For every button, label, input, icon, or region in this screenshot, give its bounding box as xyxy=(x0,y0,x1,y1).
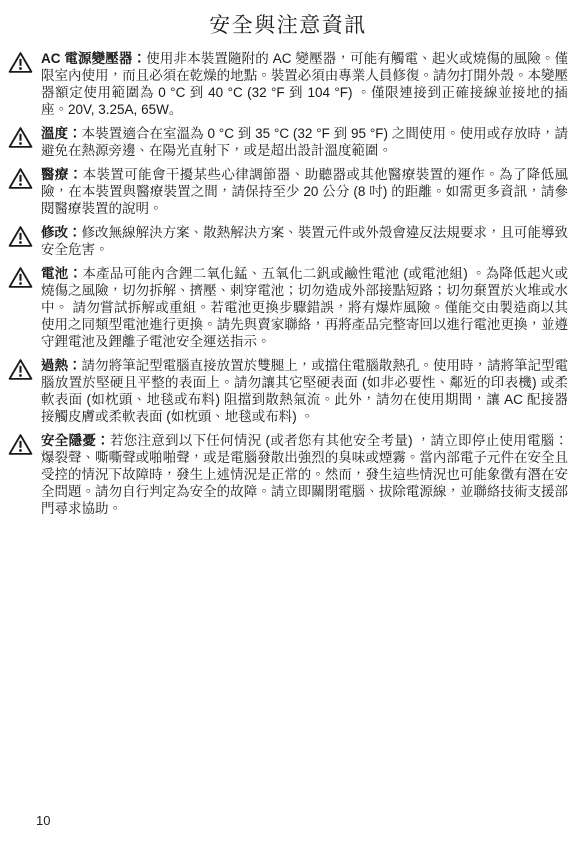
section-label: 安全隱憂： xyxy=(41,433,110,448)
section-ac-adapter: AC 電源變壓器：使用非本裝置隨附的 AC 變壓器，可能有觸電、起火或燒傷的風險… xyxy=(8,50,568,118)
section-label: 溫度： xyxy=(41,126,82,141)
page-title: 安全與注意資訊 xyxy=(8,13,568,39)
section-modification: 修改：修改無線解決方案、散熱解決方案、裝置元件或外殼會違反法規要求，且可能導致安… xyxy=(8,224,568,258)
section-body: 若您注意到以下任何情況 (或者您有其他安全考量) ，請立即停止使用電腦：爆裂聲、… xyxy=(41,433,568,516)
section-overheating: 過熱：請勿將筆記型電腦直接放置於雙腿上，或擋住電腦散熱孔。使用時，請將筆記型電腦… xyxy=(8,357,568,425)
warning-triangle-icon xyxy=(8,125,41,149)
section-text: 安全隱憂：若您注意到以下任何情況 (或者您有其他安全考量) ，請立即停止使用電腦… xyxy=(41,432,568,517)
warning-triangle-icon xyxy=(8,50,41,74)
page-number: 10 xyxy=(36,813,50,829)
section-body: 修改無線解決方案、散熱解決方案、裝置元件或外殼會違反法規要求，且可能導致安全危害… xyxy=(41,225,568,257)
section-text: 電池：本產品可能內含鋰二氧化錳、五氧化二釩或鹼性電池 (或電池組) 。為降低起火… xyxy=(41,265,568,350)
warning-triangle-icon xyxy=(8,265,41,289)
section-medical: 醫療：本裝置可能會干擾某些心律調節器、助聽器或其他醫療裝置的運作。為了降低風險，… xyxy=(8,166,568,217)
section-label: 過熱： xyxy=(41,358,82,373)
section-label: 電池： xyxy=(41,266,82,281)
section-text: 醫療：本裝置可能會干擾某些心律調節器、助聽器或其他醫療裝置的運作。為了降低風險，… xyxy=(41,166,568,217)
section-safety-concern: 安全隱憂：若您注意到以下任何情況 (或者您有其他安全考量) ，請立即停止使用電腦… xyxy=(8,432,568,517)
section-body: 本裝置可能會干擾某些心律調節器、助聽器或其他醫療裝置的運作。為了降低風險，在本裝… xyxy=(41,167,568,216)
section-body: 請勿將筆記型電腦直接放置於雙腿上，或擋住電腦散熱孔。使用時，請將筆記型電腦放置於… xyxy=(41,358,568,424)
section-battery: 電池：本產品可能內含鋰二氧化錳、五氧化二釩或鹼性電池 (或電池組) 。為降低起火… xyxy=(8,265,568,350)
section-label: 修改： xyxy=(41,225,82,240)
warning-triangle-icon xyxy=(8,357,41,381)
warning-triangle-icon xyxy=(8,432,41,456)
section-text: 過熱：請勿將筆記型電腦直接放置於雙腿上，或擋住電腦散熱孔。使用時，請將筆記型電腦… xyxy=(41,357,568,425)
section-text: 修改：修改無線解決方案、散熱解決方案、裝置元件或外殼會違反法規要求，且可能導致安… xyxy=(41,224,568,258)
section-text: AC 電源變壓器：使用非本裝置隨附的 AC 變壓器，可能有觸電、起火或燒傷的風險… xyxy=(41,50,568,118)
section-body: 本裝置適合在室溫為 0 °C 到 35 °C (32 °F 到 95 °F) 之… xyxy=(41,126,568,158)
section-temperature: 溫度：本裝置適合在室溫為 0 °C 到 35 °C (32 °F 到 95 °F… xyxy=(8,125,568,159)
section-body: 本產品可能內含鋰二氧化錳、五氧化二釩或鹼性電池 (或電池組) 。為降低起火或燒傷… xyxy=(41,266,568,349)
warning-triangle-icon xyxy=(8,224,41,248)
section-text: 溫度：本裝置適合在室溫為 0 °C 到 35 °C (32 °F 到 95 °F… xyxy=(41,125,568,159)
section-label: 醫療： xyxy=(41,167,83,182)
section-label: AC 電源變壓器： xyxy=(41,51,146,66)
warning-triangle-icon xyxy=(8,166,41,190)
manual-page: 安全與注意資訊 AC 電源變壓器：使用非本裝置隨附的 AC 變壓器，可能有觸電、… xyxy=(0,0,576,864)
